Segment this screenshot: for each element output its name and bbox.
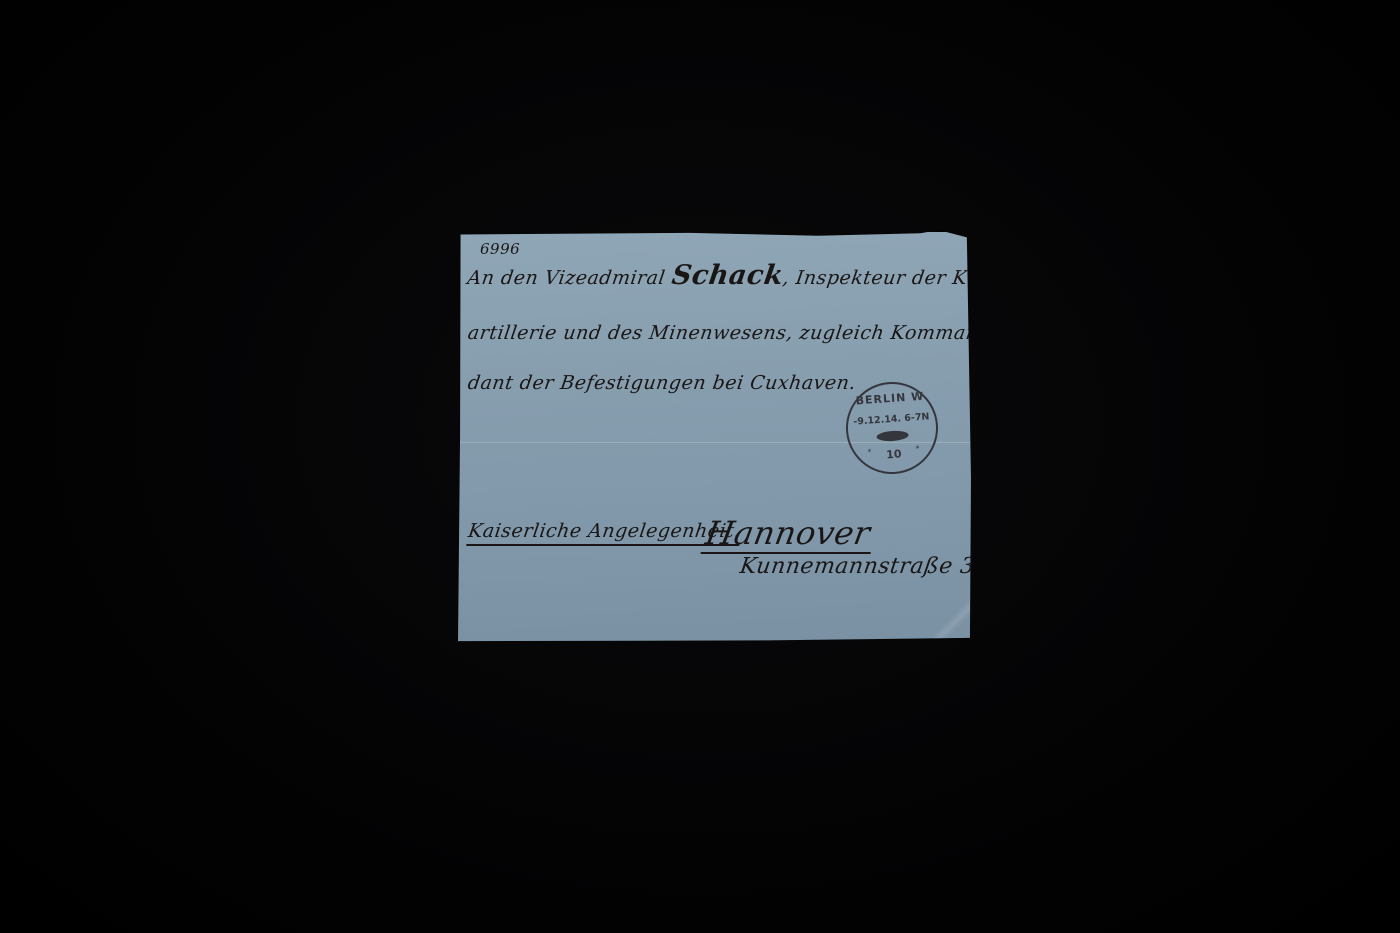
postmark-stamp: BERLIN W -9.12.14. 6-7N * 10 * [843, 379, 941, 477]
destination-street: Kunnemannstraße 30. [738, 554, 998, 579]
address-line-1: An den Vizeadmiral Schack, Inspekteur de… [466, 260, 1032, 291]
address-line-3: dant der Befestigungen bei Cuxhaven. [466, 372, 857, 394]
address-line-2: artillerie und des Minenwesens, zugleich… [466, 322, 987, 344]
star-icon: * [915, 444, 920, 453]
postmark-emblem-icon [876, 430, 909, 442]
postmark-number: 10 [850, 445, 939, 464]
postmark-date: -9.12.14. 6-7N [847, 411, 936, 428]
remark-text: Kaiserliche Angelegenheit. [466, 520, 742, 546]
destination-city: Hannover [700, 514, 877, 554]
reference-number: 6996 [480, 240, 520, 258]
postmark-city: BERLIN W [846, 389, 935, 408]
recipient-name: Schack [670, 260, 786, 291]
envelope: 6996 An den Vizeadmiral Schack, Inspekte… [458, 232, 972, 642]
address-prefix: An den Vizeadmiral [466, 267, 673, 289]
